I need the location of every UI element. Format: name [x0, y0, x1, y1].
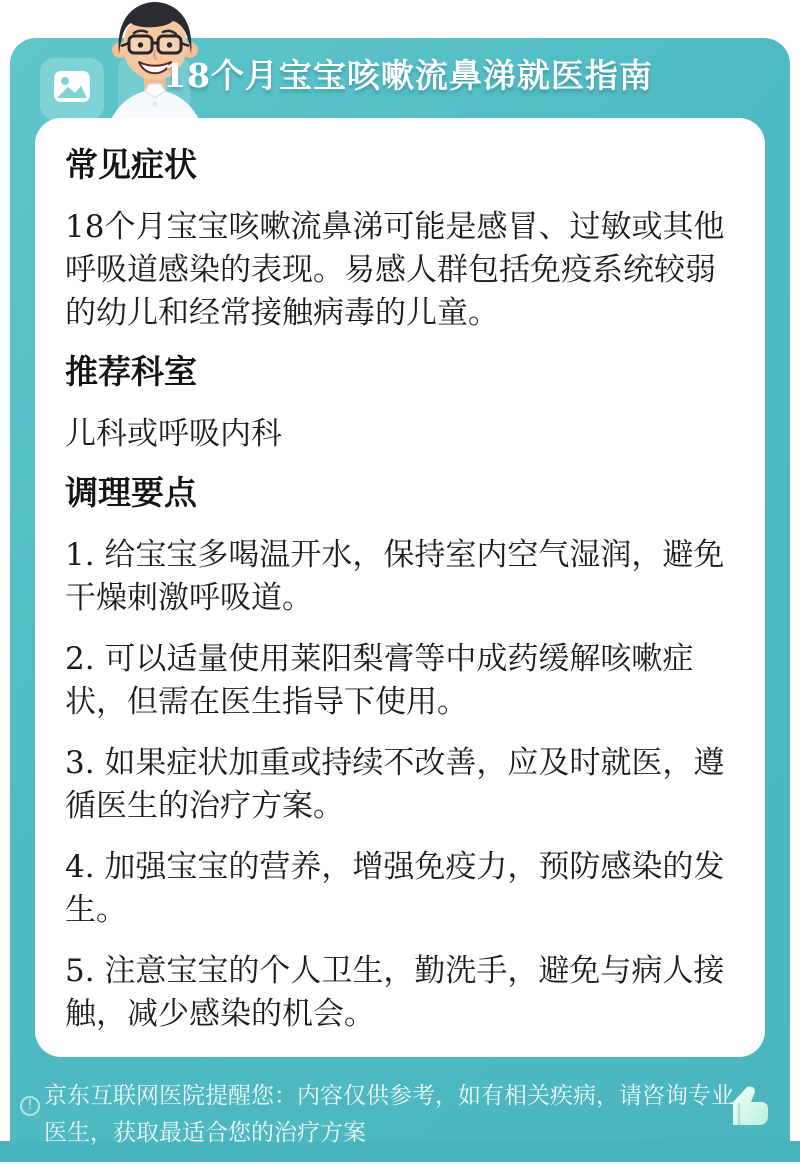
care-heading: 调理要点 [65, 474, 735, 512]
department-heading: 推荐科室 [65, 353, 735, 391]
alert-circle-icon: ! [20, 1096, 40, 1116]
care-list-item: 1. 给宝宝多喝温开水，保持室内空气湿润，避免干燥刺激呼吸道。 [65, 534, 735, 620]
care-list-item: 3. 如果症状加重或持续不改善，应及时就医，遵循医生的治疗方案。 [65, 742, 735, 828]
care-list-item: 2. 可以适量使用莱阳梨膏等中成药缓解咳嗽症状，但需在医生指导下使用。 [65, 638, 735, 724]
department-paragraph: 儿科或呼吸内科 [65, 413, 735, 456]
content-card: 常见症状 18个月宝宝咳嗽流鼻涕可能是感冒、过敏或其他呼吸道感染的表现。易感人群… [35, 118, 765, 1057]
care-list-item: 5. 注意宝宝的个人卫生，勤洗手，避免与病人接触，减少感染的机会。 [65, 950, 735, 1036]
disclaimer-text: 京东互联网医院提醒您：内容仅供参考，如有相关疾病，请咨询专业医生，获取最适合您的… [44, 1078, 739, 1152]
thumbs-up-icon[interactable] [723, 1085, 771, 1129]
symptoms-heading: 常见症状 [65, 146, 735, 184]
care-list: 1. 给宝宝多喝温开水，保持室内空气湿润，避免干燥刺激呼吸道。 2. 可以适量使… [65, 534, 735, 1036]
symptoms-paragraph: 18个月宝宝咳嗽流鼻涕可能是感冒、过敏或其他呼吸道感染的表现。易感人群包括免疫系… [65, 206, 735, 335]
page-title: 18个月宝宝咳嗽流鼻涕就医指南 [163, 50, 653, 97]
page-background: 18个月宝宝咳嗽流鼻涕就医指南 常见症状 18个月宝宝咳嗽流鼻涕可能是感冒、过敏… [0, 0, 800, 1165]
care-list-item: 4. 加强宝宝的营养，增强免疫力，预防感染的发生。 [65, 846, 735, 932]
